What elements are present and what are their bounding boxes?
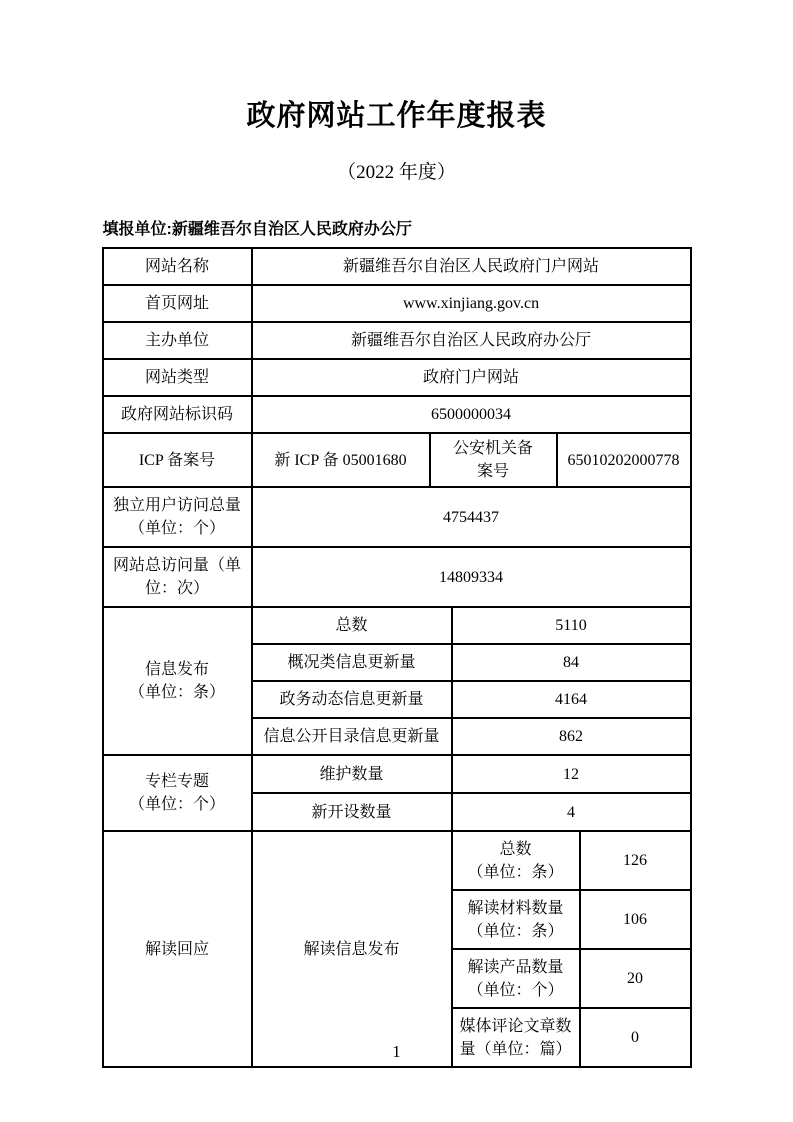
row-label: 政府网站标识码 <box>103 396 252 433</box>
sub-row-value: 862 <box>452 718 691 755</box>
table-row-site-type: 网站类型 政府门户网站 <box>103 359 691 396</box>
table-row-homepage-url: 首页网址 www.xinjiang.gov.cn <box>103 285 691 322</box>
reporting-unit-line: 填报单位:新疆维吾尔自治区人民政府办公厅 <box>103 216 691 239</box>
row-value: 政府门户网站 <box>252 359 691 396</box>
row-value: 4754437 <box>252 487 691 547</box>
sub-row-label: 解读材料数量 （单位：条） <box>452 890 580 949</box>
sub-row-label: 政务动态信息更新量 <box>252 681 452 718</box>
sub-row-label: 总数 （单位：条） <box>452 831 580 890</box>
info-publish-group-label: 信息发布 （单位：条） <box>103 607 252 755</box>
table-row-total-visits: 网站总访问量（单 位：次） 14809334 <box>103 547 691 607</box>
row-label: 网站类型 <box>103 359 252 396</box>
document-page: 政府网站工作年度报表 （2022 年度） 填报单位:新疆维吾尔自治区人民政府办公… <box>0 0 793 1122</box>
row-value: www.xinjiang.gov.cn <box>252 285 691 322</box>
page-number: 1 <box>0 1042 793 1062</box>
row-value: 新疆维吾尔自治区人民政府办公厅 <box>252 322 691 359</box>
table-row-info-total: 信息发布 （单位：条） 总数 5110 <box>103 607 691 644</box>
row-value: 新疆维吾尔自治区人民政府门户网站 <box>252 248 691 285</box>
icp-value: 新 ICP 备 05001680 <box>252 433 430 487</box>
table-row-host-unit: 主办单位 新疆维吾尔自治区人民政府办公厅 <box>103 322 691 359</box>
special-columns-group-label: 专栏专题 （单位：个） <box>103 755 252 831</box>
sub-row-value: 12 <box>452 755 691 793</box>
sub-row-value: 84 <box>452 644 691 681</box>
table-row-site-name: 网站名称 新疆维吾尔自治区人民政府门户网站 <box>103 248 691 285</box>
table-row-columns-maintained: 专栏专题 （单位：个） 维护数量 12 <box>103 755 691 793</box>
sub-row-value: 4 <box>452 793 691 831</box>
report-year-subtitle: （2022 年度） <box>0 157 793 184</box>
table-row-interpret-total: 解读回应 解读信息发布 总数 （单位：条） 126 <box>103 831 691 890</box>
row-label: 首页网址 <box>103 285 252 322</box>
sub-row-label: 信息公开目录信息更新量 <box>252 718 452 755</box>
sub-row-value: 5110 <box>452 607 691 644</box>
page-title: 政府网站工作年度报表 <box>0 100 793 133</box>
sub-row-label: 维护数量 <box>252 755 452 793</box>
police-record-value: 65010202000778 <box>557 433 691 487</box>
row-value: 6500000034 <box>252 396 691 433</box>
sub-row-label: 概况类信息更新量 <box>252 644 452 681</box>
row-label: 独立用户访问总量 （单位：个） <box>103 487 252 547</box>
sub-row-label: 新开设数量 <box>252 793 452 831</box>
interpretation-subgroup-label: 解读信息发布 <box>252 831 452 1067</box>
icp-label: ICP 备案号 <box>103 433 252 487</box>
sub-row-value: 126 <box>580 831 691 890</box>
report-table: 网站名称 新疆维吾尔自治区人民政府门户网站 首页网址 www.xinjiang.… <box>102 247 692 1068</box>
sub-row-value: 106 <box>580 890 691 949</box>
row-label: 网站名称 <box>103 248 252 285</box>
table-row-site-code: 政府网站标识码 6500000034 <box>103 396 691 433</box>
table-row-icp: ICP 备案号 新 ICP 备 05001680 公安机关备 案号 650102… <box>103 433 691 487</box>
sub-row-label: 解读产品数量 （单位：个） <box>452 949 580 1008</box>
sub-row-value: 4164 <box>452 681 691 718</box>
police-record-label: 公安机关备 案号 <box>430 433 557 487</box>
row-label: 主办单位 <box>103 322 252 359</box>
interpretation-group-label: 解读回应 <box>103 831 252 1067</box>
sub-row-label: 总数 <box>252 607 452 644</box>
row-label: 网站总访问量（单 位：次） <box>103 547 252 607</box>
row-value: 14809334 <box>252 547 691 607</box>
table-row-unique-visitors: 独立用户访问总量 （单位：个） 4754437 <box>103 487 691 547</box>
sub-row-value: 20 <box>580 949 691 1008</box>
